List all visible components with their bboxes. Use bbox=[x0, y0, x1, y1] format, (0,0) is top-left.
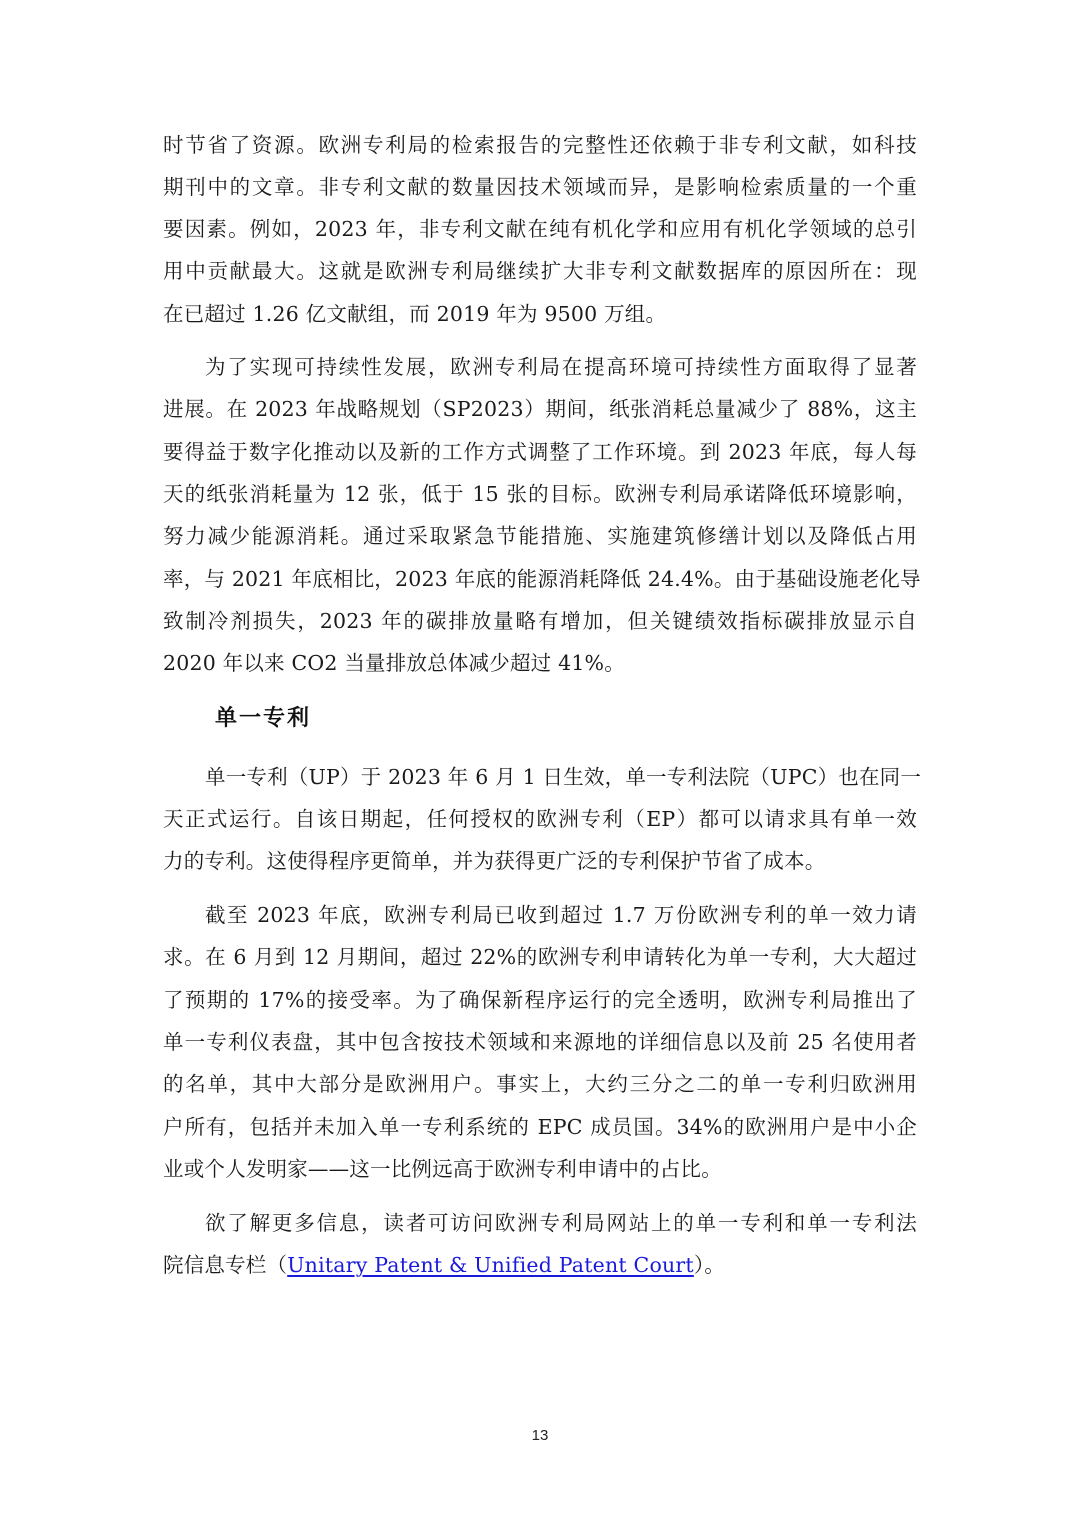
text-line: 天正式运行。自该日期起，任何授权的欧洲专利（EP）都可以请求具有单一效 bbox=[163, 798, 917, 840]
text-line: 天的纸张消耗量为 12 张，低于 15 张的目标。欧洲专利局承诺降低环境影响， bbox=[163, 473, 917, 515]
text-line: 努力减少能源消耗。通过采取紧急节能措施、实施建筑修缮计划以及降低占用 bbox=[163, 515, 917, 557]
link-suffix: ）。 bbox=[694, 1253, 725, 1277]
text-line: 业或个人发明家——这一比例远高于欧洲专利申请中的占比。 bbox=[163, 1148, 917, 1190]
unitary-patent-court-link[interactable]: Unitary Patent & Unified Patent Court bbox=[287, 1253, 694, 1277]
section-heading: 单一专利 bbox=[215, 699, 311, 739]
text-line: 单一专利仪表盘，其中包含按技术领域和来源地的详细信息以及前 25 名使用者 bbox=[163, 1021, 917, 1063]
text-line: 进展。在 2023 年战略规划（SP2023）期间，纸张消耗总量减少了 88%，… bbox=[163, 388, 917, 430]
text-line: 力的专利。这使得程序更简单，并为获得更广泛的专利保护节省了成本。 bbox=[163, 840, 917, 882]
text-line: 的名单，其中大部分是欧洲用户。事实上，大约三分之二的单一专利归欧洲用 bbox=[163, 1063, 917, 1105]
text-line: 时节省了资源。欧洲专利局的检索报告的完整性还依赖于非专利文献，如科技 bbox=[163, 124, 917, 166]
page-number: 13 bbox=[0, 1427, 1080, 1444]
text-line: 致制冷剂损失，2023 年的碳排放量略有增加，但关键绩效指标碳排放显示自 bbox=[163, 600, 917, 642]
text-line: 期刊中的文章。非专利文献的数量因技术领域而异，是影响检索质量的一个重 bbox=[163, 166, 917, 208]
text-line: 在已超过 1.26 亿文献组，而 2019 年为 9500 万组。 bbox=[163, 293, 917, 335]
text-line: 率，与 2021 年底相比，2023 年底的能源消耗降低 24.4%。由于基础设… bbox=[163, 558, 917, 600]
text-line: 要因素。例如，2023 年，非专利文献在纯有机化学和应用有机化学领域的总引 bbox=[163, 208, 917, 250]
text-line: 求。在 6 月到 12 月期间，超过 22%的欧洲专利申请转化为单一专利，大大超… bbox=[163, 936, 917, 978]
link-prefix: 院信息专栏（ bbox=[163, 1253, 287, 1277]
text-line: 单一专利（UP）于 2023 年 6 月 1 日生效，单一专利法院（UPC）也在… bbox=[163, 756, 917, 798]
text-line: 2020 年以来 CO2 当量排放总体减少超过 41%。 bbox=[163, 642, 917, 684]
text-line-with-link: 院信息专栏（Unitary Patent & Unified Patent Co… bbox=[163, 1244, 917, 1286]
text-line: 要得益于数字化推动以及新的工作方式调整了工作环境。到 2023 年底，每人每 bbox=[163, 431, 917, 473]
text-line: 了预期的 17%的接受率。为了确保新程序运行的完全透明，欧洲专利局推出了 bbox=[163, 979, 917, 1021]
text-line: 为了实现可持续性发展，欧洲专利局在提高环境可持续性方面取得了显著 bbox=[163, 346, 917, 388]
text-line: 欲了解更多信息，读者可访问欧洲专利局网站上的单一专利和单一专利法 bbox=[163, 1202, 917, 1244]
text-line: 截至 2023 年底，欧洲专利局已收到超过 1.7 万份欧洲专利的单一效力请 bbox=[163, 894, 917, 936]
text-line: 户所有，包括并未加入单一专利系统的 EPC 成员国。34%的欧洲用户是中小企 bbox=[163, 1106, 917, 1148]
text-line: 用中贡献最大。这就是欧洲专利局继续扩大非专利文献数据库的原因所在：现 bbox=[163, 250, 917, 292]
